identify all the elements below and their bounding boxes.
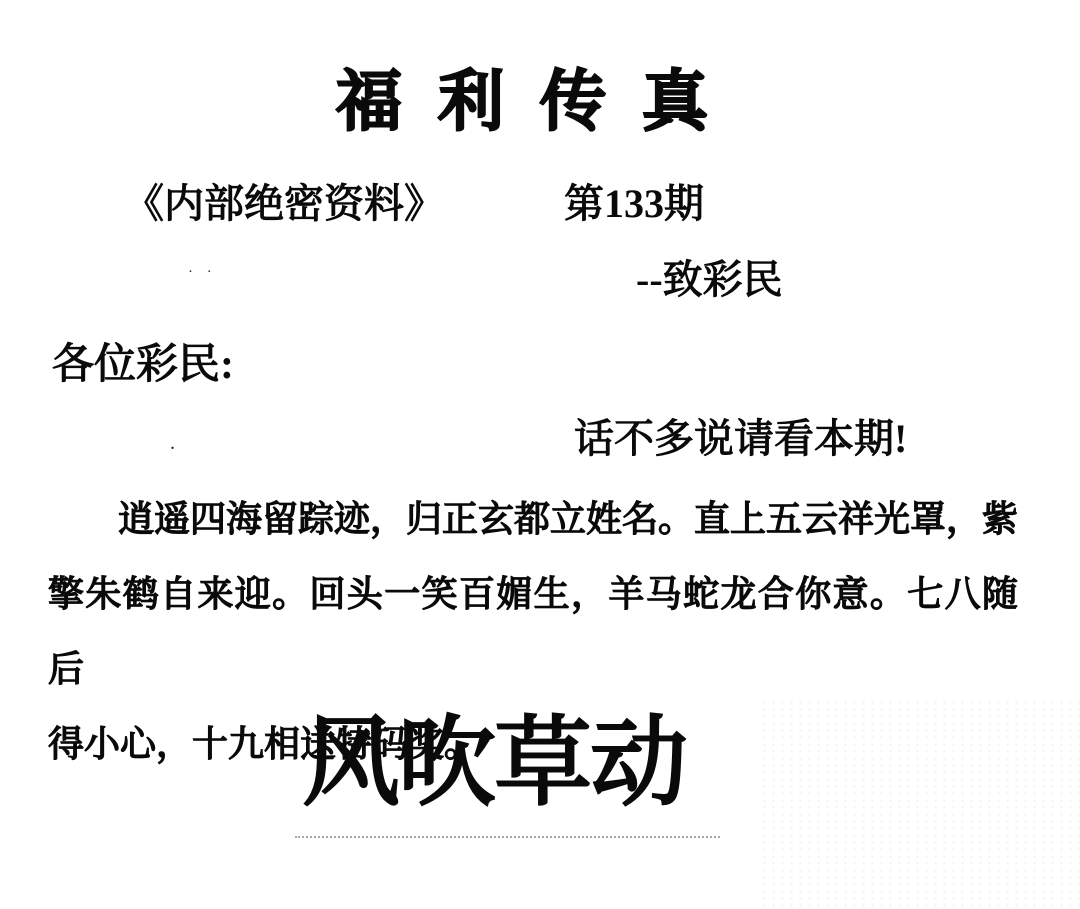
scan-speckle-line <box>295 836 720 838</box>
headline-text: 风吹草动 <box>302 710 686 820</box>
poem-line-2: 擎朱鹤自来迎。回头一笑百媚生，羊马蛇龙合你意。七八随后 <box>48 557 1018 707</box>
salutation-line: 各位彩民: <box>52 342 234 388</box>
scan-dot-artifact: . <box>170 432 175 455</box>
scan-dots-artifact: · · <box>188 264 217 281</box>
poem-line-1: 逍遥四海留踪迹，归正玄都立姓名。直上五云祥光罩，紫 <box>48 482 1018 557</box>
dedication-line: --致彩民 <box>636 258 783 302</box>
intro-line: 话不多说请看本期! <box>574 417 907 461</box>
issue-number: 第133期 <box>564 182 704 226</box>
masthead-title: 福利传真 <box>0 70 1080 136</box>
source-label: 《内部绝密资料》 <box>124 182 444 226</box>
scanned-leaflet-page: 福利传真 《内部绝密资料》 第133期 · · --致彩民 各位彩民: . 话不… <box>0 0 1080 909</box>
